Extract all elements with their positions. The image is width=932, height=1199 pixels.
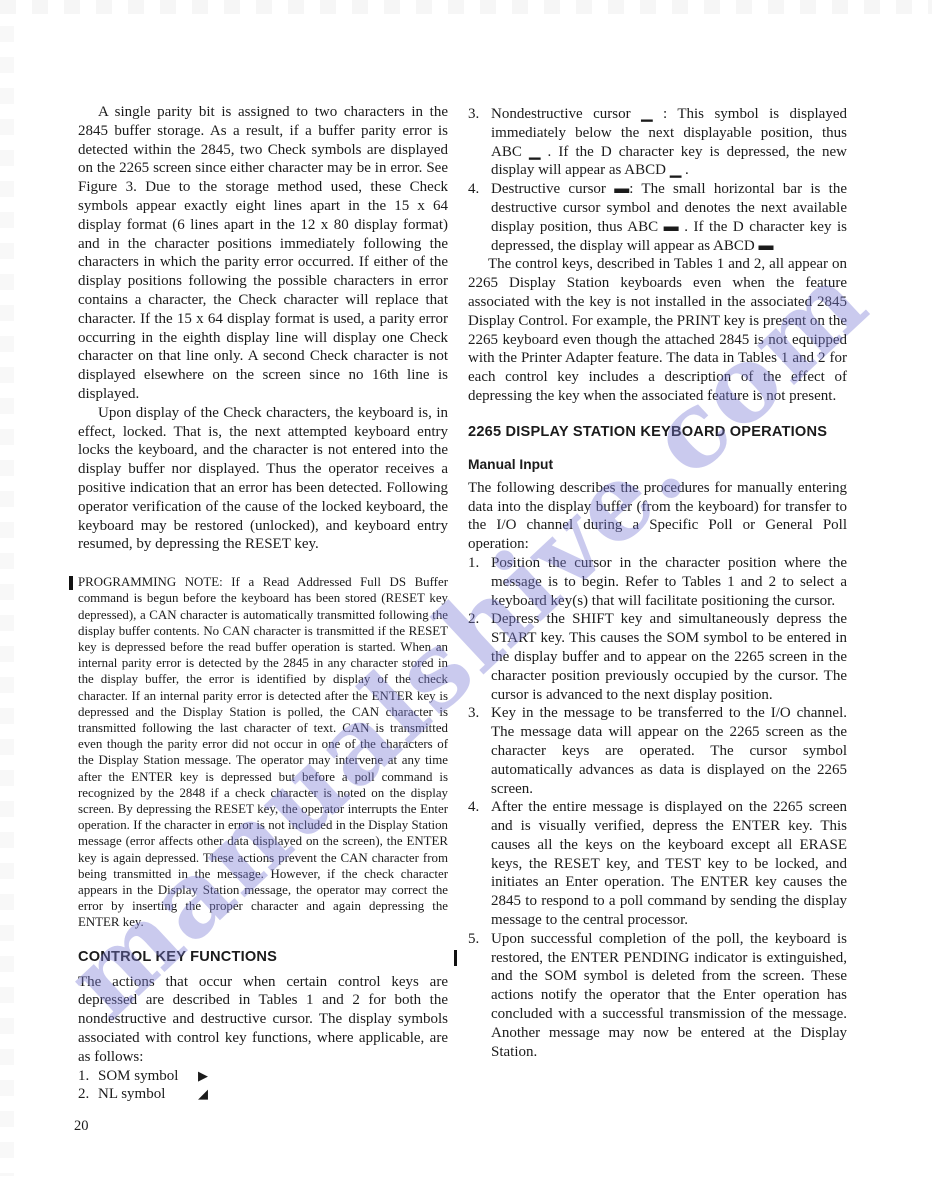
step-position-cursor: 1. Position the cursor in the character … <box>468 554 847 610</box>
nl-symbol-icon: ◢ <box>198 1085 208 1104</box>
symbol-list-item-nl: 2.NL symbol ◢ <box>78 1085 448 1104</box>
document-page: A single parity bit is assigned to two c… <box>0 0 932 1199</box>
programming-note: PROGRAMMING NOTE: If a Read Addressed Fu… <box>78 574 448 930</box>
step-text: Position the cursor in the character pos… <box>491 555 847 609</box>
list-number: 3. <box>468 704 479 723</box>
step-text: Key in the message to be transferred to … <box>491 705 847 796</box>
list-item-text: Nondestructive cursor ▁ : This symbol is… <box>491 106 847 178</box>
som-symbol-icon: ▶ <box>198 1067 208 1086</box>
list-number: 3. <box>468 105 479 124</box>
subheading-manual-input: Manual Input <box>468 457 847 472</box>
paragraph-parity-bit: A single parity bit is assigned to two c… <box>78 103 448 404</box>
list-number: 1. <box>78 1067 98 1086</box>
list-item-nondestructive-cursor: 3. Nondestructive cursor ▁ : This symbol… <box>468 105 847 180</box>
step-text: Upon successful completion of the poll, … <box>491 931 847 1060</box>
step-text: After the entire message is displayed on… <box>491 799 847 928</box>
left-column: A single parity bit is assigned to two c… <box>78 103 448 1104</box>
scan-artifact-strip-left <box>0 26 14 1176</box>
section-heading-control-key-functions: CONTROL KEY FUNCTIONS <box>78 949 448 965</box>
step-depress-shift-start: 2. Depress the SHIFT key and simultaneou… <box>468 610 847 704</box>
right-column: 3. Nondestructive cursor ▁ : This symbol… <box>468 105 847 1061</box>
list-number: 4. <box>468 180 479 199</box>
scan-artifact-strip-top <box>0 0 932 14</box>
symbol-label: NL symbol <box>98 1086 165 1102</box>
list-number: 4. <box>468 798 479 817</box>
list-number: 1. <box>468 554 479 573</box>
list-number: 5. <box>468 930 479 949</box>
section-heading-keyboard-operations: 2265 DISPLAY STATION KEYBOARD OPERATIONS <box>468 424 847 440</box>
change-bar <box>454 950 457 966</box>
step-key-in-message: 3. Key in the message to be transferred … <box>468 704 847 798</box>
step-poll-completion: 5. Upon successful completion of the pol… <box>468 930 847 1062</box>
change-bar <box>69 576 73 590</box>
paragraph-keyboard-locked: Upon display of the Check characters, th… <box>78 404 448 554</box>
step-depress-enter: 4. After the entire message is displayed… <box>468 798 847 930</box>
paragraph-manual-input-intro: The following describes the procedures f… <box>468 479 847 554</box>
symbol-label: SOM symbol <box>98 1068 178 1084</box>
page-number: 20 <box>74 1118 89 1135</box>
programming-note-text: PROGRAMMING NOTE: If a Read Addressed Fu… <box>78 575 448 929</box>
paragraph-control-keys: The control keys, described in Tables 1 … <box>468 255 847 405</box>
symbol-list-item-som: 1.SOM symbol ▶ <box>78 1067 448 1086</box>
list-item-text: Destructive cursor ▬: The small horizont… <box>491 181 847 253</box>
list-number: 2. <box>78 1085 98 1104</box>
list-number: 2. <box>468 610 479 629</box>
step-text: Depress the SHIFT key and simultaneously… <box>491 611 847 702</box>
list-item-destructive-cursor: 4. Destructive cursor ▬: The small horiz… <box>468 180 847 255</box>
paragraph-control-keys-intro: The actions that occur when certain cont… <box>78 973 448 1067</box>
